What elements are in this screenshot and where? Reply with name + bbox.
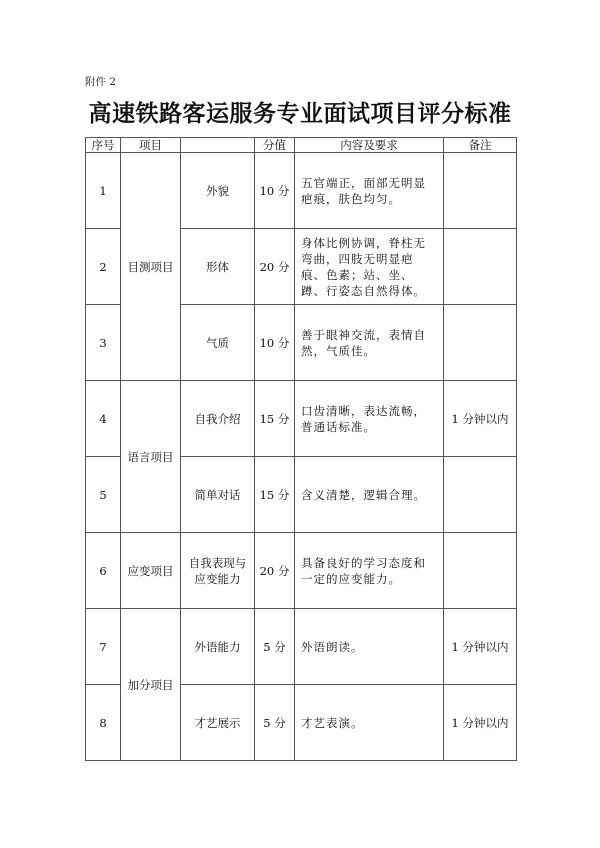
- row-score: 15 分: [255, 381, 295, 457]
- row-content: 身体比例协调，脊柱无弯曲，四肢无明显疤痕、色素；站、坐、蹲、行姿态自然得体。: [295, 229, 444, 305]
- row-item: 外貌: [181, 153, 255, 229]
- row-content: 具备良好的学习态度和一定的应变能力。: [295, 533, 444, 609]
- table-row: 4 语言项目 自我介绍 15 分 口齿清晰，表达流畅，普通话标准。 1 分钟以内: [86, 381, 517, 457]
- header-item: [181, 138, 255, 153]
- row-score: 15 分: [255, 457, 295, 533]
- row-item: 气质: [181, 305, 255, 381]
- row-no: 7: [86, 609, 121, 685]
- row-score: 20 分: [255, 229, 295, 305]
- group-cell: 应变项目: [121, 533, 181, 609]
- row-content: 五官端正，面部无明显疤痕，肤色均匀。: [295, 153, 444, 229]
- row-score: 5 分: [255, 609, 295, 685]
- row-content: 善于眼神交流，表情自然，气质佳。: [295, 305, 444, 381]
- attachment-label: 附件 2: [85, 74, 116, 89]
- group-cell: 语言项目: [121, 381, 181, 533]
- table-row: 6 应变项目 自我表现与应变能力 20 分 具备良好的学习态度和一定的应变能力。: [86, 533, 517, 609]
- row-no: 4: [86, 381, 121, 457]
- header-category: 项目: [121, 138, 181, 153]
- row-note: [444, 457, 517, 533]
- row-no: 2: [86, 229, 121, 305]
- row-content: 外语朗读。: [295, 609, 444, 685]
- document-title: 高速铁路客运服务专业面试项目评分标准: [0, 95, 600, 128]
- header-note: 备注: [444, 138, 517, 153]
- row-score: 20 分: [255, 533, 295, 609]
- row-item: 自我介绍: [181, 381, 255, 457]
- row-note: 1 分钟以内: [444, 609, 517, 685]
- row-score: 10 分: [255, 305, 295, 381]
- row-no: 1: [86, 153, 121, 229]
- scoring-table: 序号 项目 分值 内容及要求 备注 1 目测项目 外貌 10 分 五官端正，面部…: [85, 137, 517, 761]
- row-note: [444, 305, 517, 381]
- header-content: 内容及要求: [295, 138, 444, 153]
- row-note: [444, 533, 517, 609]
- table-row: 7 加分项目 外语能力 5 分 外语朗读。 1 分钟以内: [86, 609, 517, 685]
- group-cell: 目测项目: [121, 153, 181, 381]
- row-note: [444, 153, 517, 229]
- row-content: 才艺表演。: [295, 685, 444, 761]
- row-no: 8: [86, 685, 121, 761]
- table-header-row: 序号 项目 分值 内容及要求 备注: [86, 138, 517, 153]
- row-no: 6: [86, 533, 121, 609]
- row-no: 5: [86, 457, 121, 533]
- row-score: 5 分: [255, 685, 295, 761]
- group-cell: 加分项目: [121, 609, 181, 761]
- row-no: 3: [86, 305, 121, 381]
- row-item: 外语能力: [181, 609, 255, 685]
- row-note: 1 分钟以内: [444, 381, 517, 457]
- row-content: 含义清楚，逻辑合理。: [295, 457, 444, 533]
- row-item: 简单对话: [181, 457, 255, 533]
- row-note: 1 分钟以内: [444, 685, 517, 761]
- row-note: [444, 229, 517, 305]
- row-item: 自我表现与应变能力: [181, 533, 255, 609]
- header-score: 分值: [255, 138, 295, 153]
- row-content: 口齿清晰，表达流畅，普通话标准。: [295, 381, 444, 457]
- row-item: 形体: [181, 229, 255, 305]
- row-score: 10 分: [255, 153, 295, 229]
- header-no: 序号: [86, 138, 121, 153]
- row-item: 才艺展示: [181, 685, 255, 761]
- table-row: 1 目测项目 外貌 10 分 五官端正，面部无明显疤痕，肤色均匀。: [86, 153, 517, 229]
